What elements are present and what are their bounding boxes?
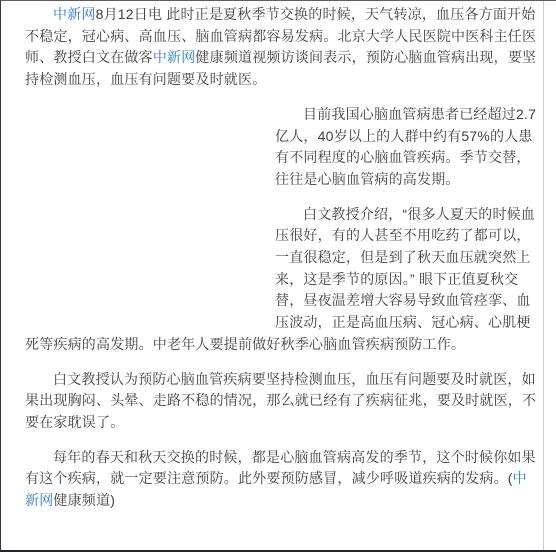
article-body: 中新网8月12日电 此时正是夏秋季节交换的时候，天气转凉，血压各方面开始不稳定，… (1, 1, 544, 550)
paragraph-lead: 中新网8月12日电 此时正是夏秋季节交换的时候，天气转凉，血压各方面开始不稳定，… (25, 4, 537, 91)
link-zhongxinwang[interactable]: 中新网 (53, 6, 96, 22)
body-text: 白文教授认为预防心脑血管疾病要坚持检测血压，血压有问题要及时就医，如果出现胸闷、… (25, 371, 536, 430)
paragraph-advice: 白文教授认为预防心脑血管疾病要坚持检测血压，血压有问题要及时就医，如果出现胸闷、… (25, 369, 537, 434)
paragraph-closing: 每年的春天和秋天交换的时候，都是心脑血管病高发的季节，这个时候你如果有这个疾病，… (25, 447, 537, 512)
missing-image-placeholder (25, 104, 275, 334)
body-text: 健康频道) (53, 492, 115, 508)
body-text: 每年的春天和秋天交换的时候，都是心脑血管病高发的季节，这个时候你如果有这个疾病，… (25, 449, 536, 487)
article-page: 中新网8月12日电 此时正是夏秋季节交换的时候，天气转凉，血压各方面开始不稳定，… (0, 0, 556, 552)
body-text: 目前我国心脑血管病患者已经超过2.7亿人，40岁以上的人群中约有57%的人患有不… (275, 106, 536, 187)
paragraph-stats: 目前我国心脑血管病患者已经超过2.7亿人，40岁以上的人群中约有57%的人患有不… (25, 104, 537, 191)
link-zhongxinwang[interactable]: 中新网 (153, 49, 196, 65)
